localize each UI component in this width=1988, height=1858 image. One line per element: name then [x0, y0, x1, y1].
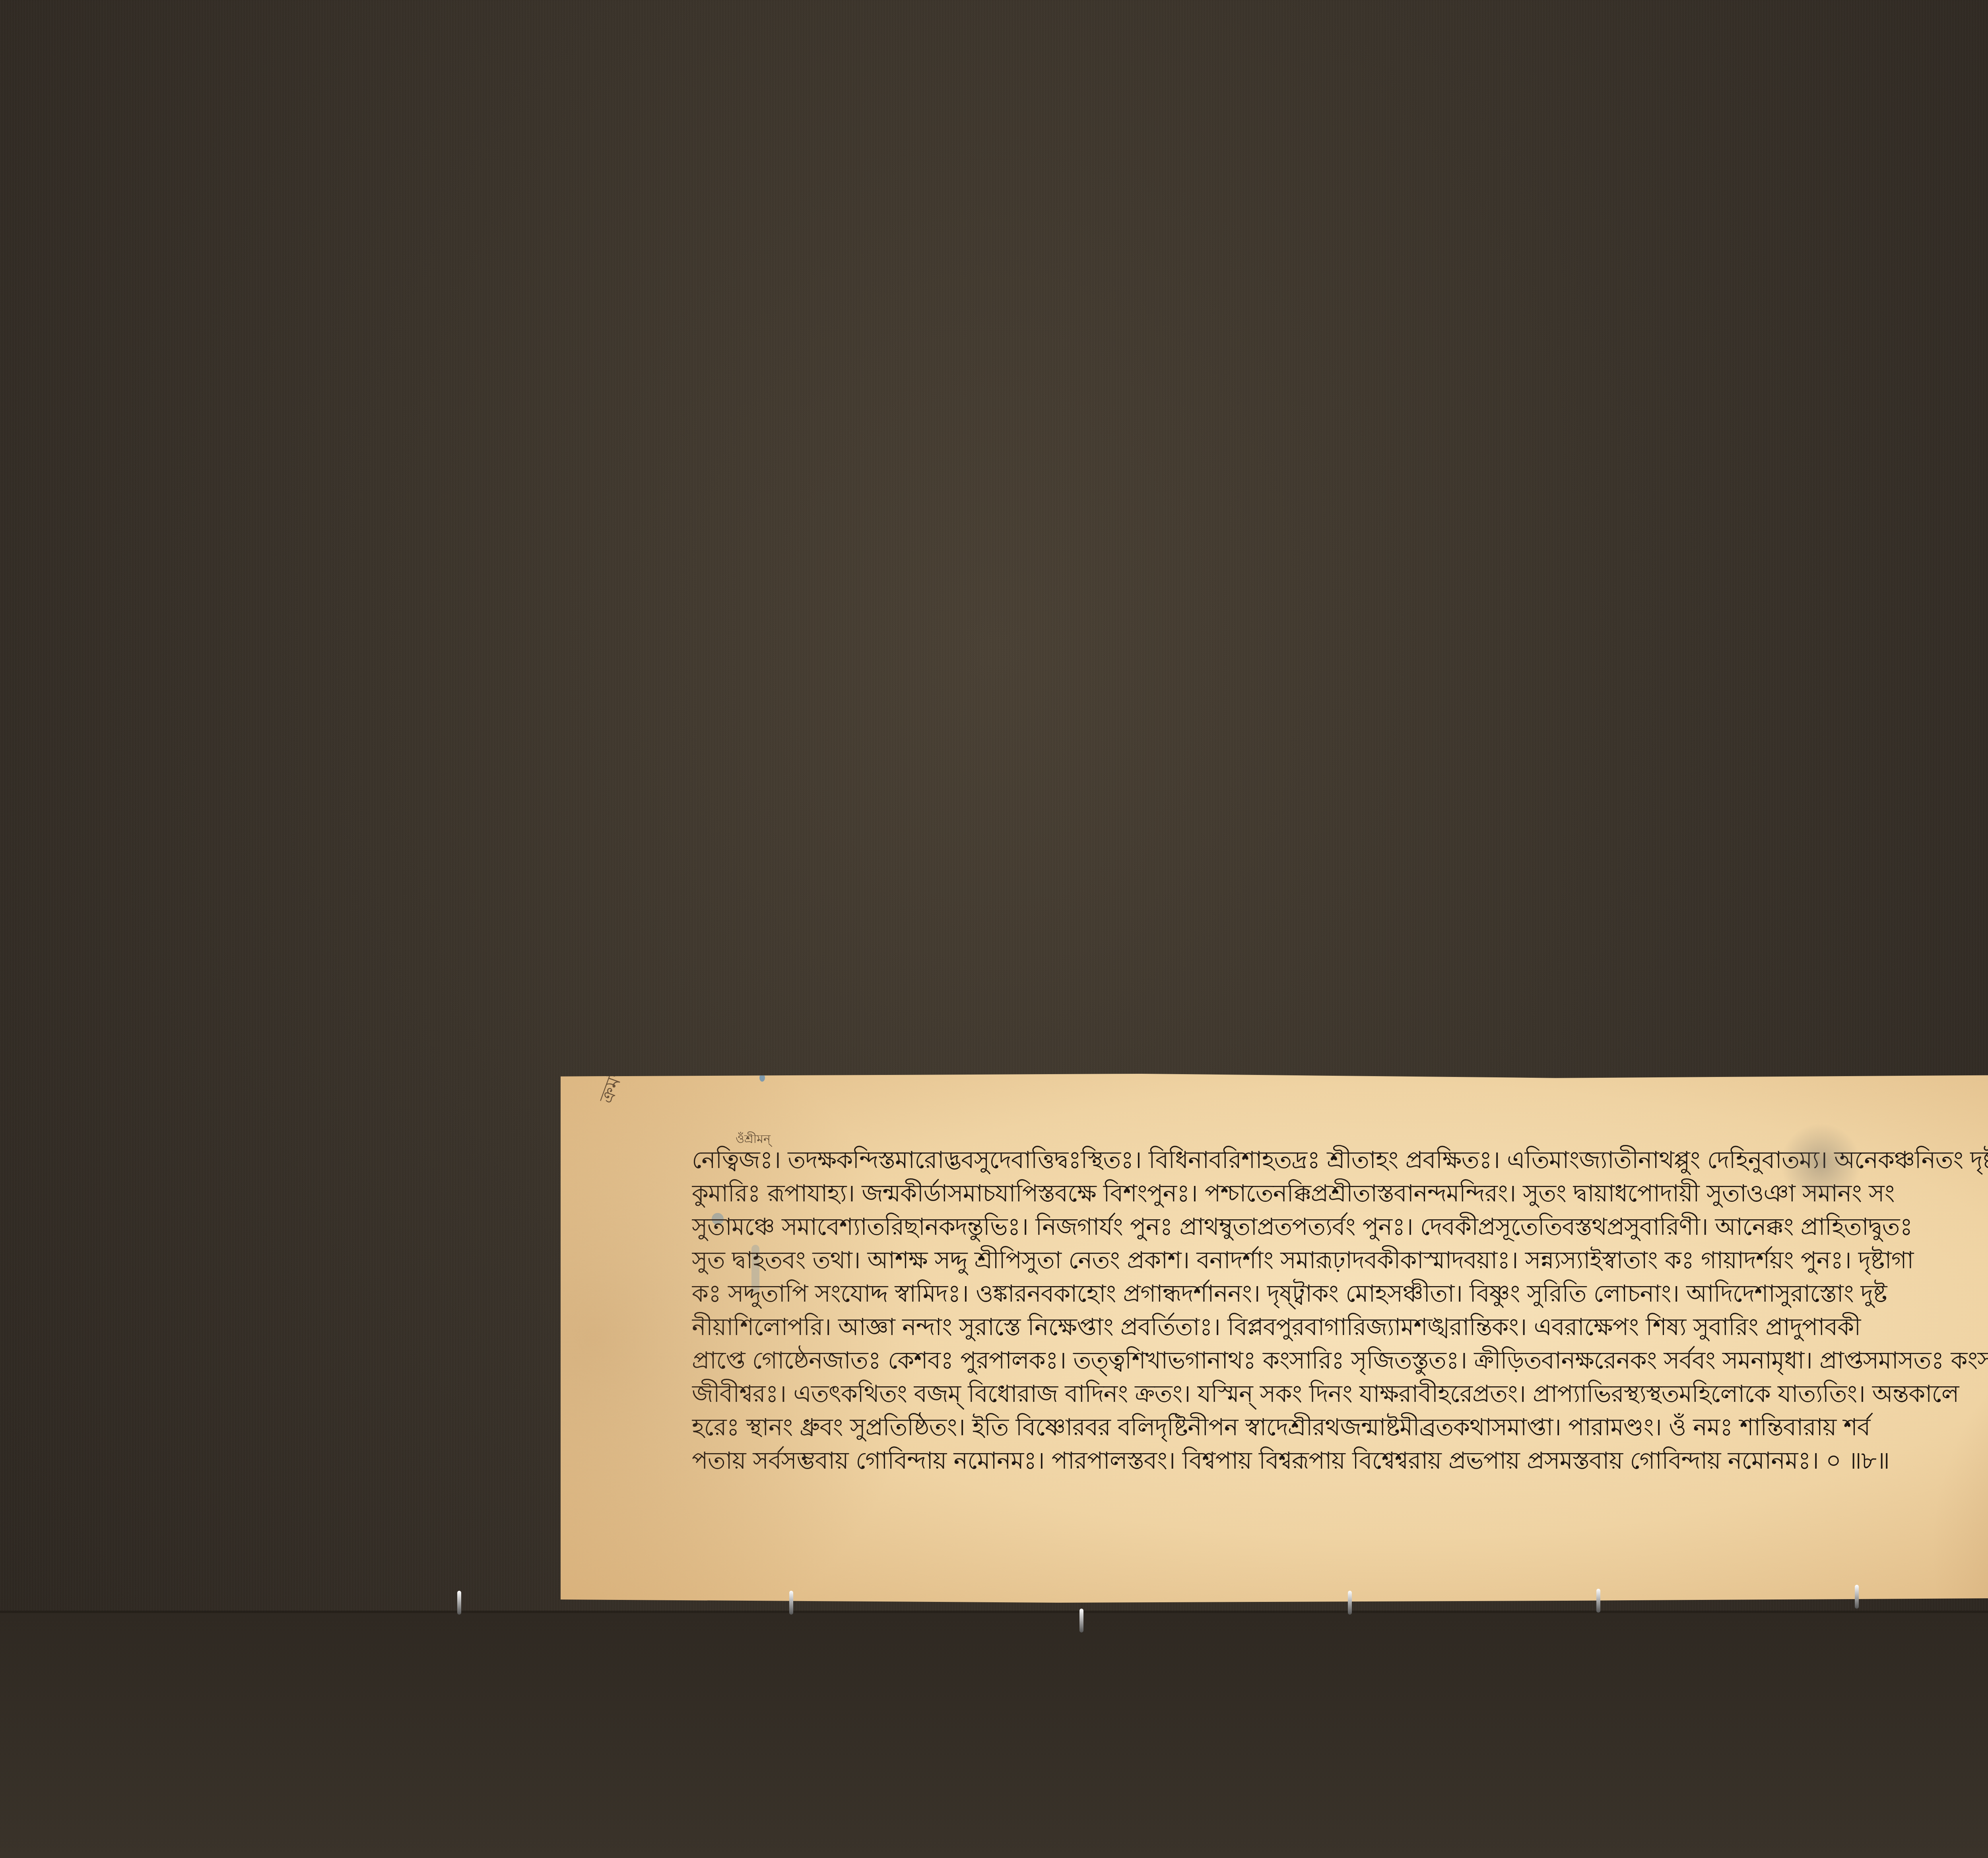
ink-stain — [751, 1245, 759, 1292]
text-line: নেত্বিজঃ। তদক্ষকন্দিস্তমারোদ্ভবসুদেবাত্ত… — [692, 1143, 1988, 1177]
manuscript-folio: ক্রমশ ওঁশ্রীমন্ নেত্বিজঃ। তদক্ষকন্দিস্তম… — [561, 1074, 1988, 1603]
mounting-pin — [1855, 1585, 1859, 1609]
text-line: সুতামঞ্চে সমাবেশ্যাতরিছানকদন্তুভিঃ। নিজগ… — [692, 1210, 1988, 1244]
text-line: পতায় সর্বসম্ভবায় গোবিন্দায় নমোনমঃ। পা… — [692, 1444, 1988, 1477]
ink-spot — [712, 1213, 724, 1225]
text-line: হরেঃ স্থানং ধ্রুবং সুপ্রতিষ্ঠিতং। ইতি বি… — [692, 1411, 1988, 1444]
interlinear-note: ওঁশ্রীমন্ — [736, 1129, 771, 1150]
text-line: জীবীশ্বরঃ। এতৎকথিতং বজম্ বিধোরাজ বাদিনং … — [692, 1377, 1988, 1411]
lower-board — [0, 1613, 1988, 1858]
text-line: প্রাপ্তে গোষ্ঠেনজাতঃ কেশবঃ পুরপালকঃ। তত্… — [692, 1344, 1988, 1377]
text-line: সুত দ্বাহতবং তথা। আশক্ষ সদ্দু শ্রীপিসুতা… — [692, 1244, 1988, 1277]
mounting-pin — [1079, 1609, 1083, 1633]
text-line: নীয়াশিলোপরি। আজ্ঞা নন্দাং সুরাস্তে নিক্… — [692, 1310, 1988, 1344]
text-line: কুমারিঃ রূপাযাহ্য। জন্মকীর্ডাসমাচযাপিস্ত… — [692, 1177, 1988, 1210]
mounting-pin — [789, 1591, 793, 1615]
manuscript-text: নেত্বিজঃ। তদক্ষকন্দিস্তমারোদ্ভবসুদেবাত্ত… — [692, 1143, 1988, 1477]
mounting-pin — [1596, 1589, 1600, 1613]
mounting-pin — [1348, 1591, 1352, 1615]
mounting-pin — [457, 1591, 461, 1615]
text-line: কঃ সদ্দুতাপি সংযোদ্দ স্বামিদঃ। ওঙ্কারনবক… — [692, 1277, 1988, 1310]
